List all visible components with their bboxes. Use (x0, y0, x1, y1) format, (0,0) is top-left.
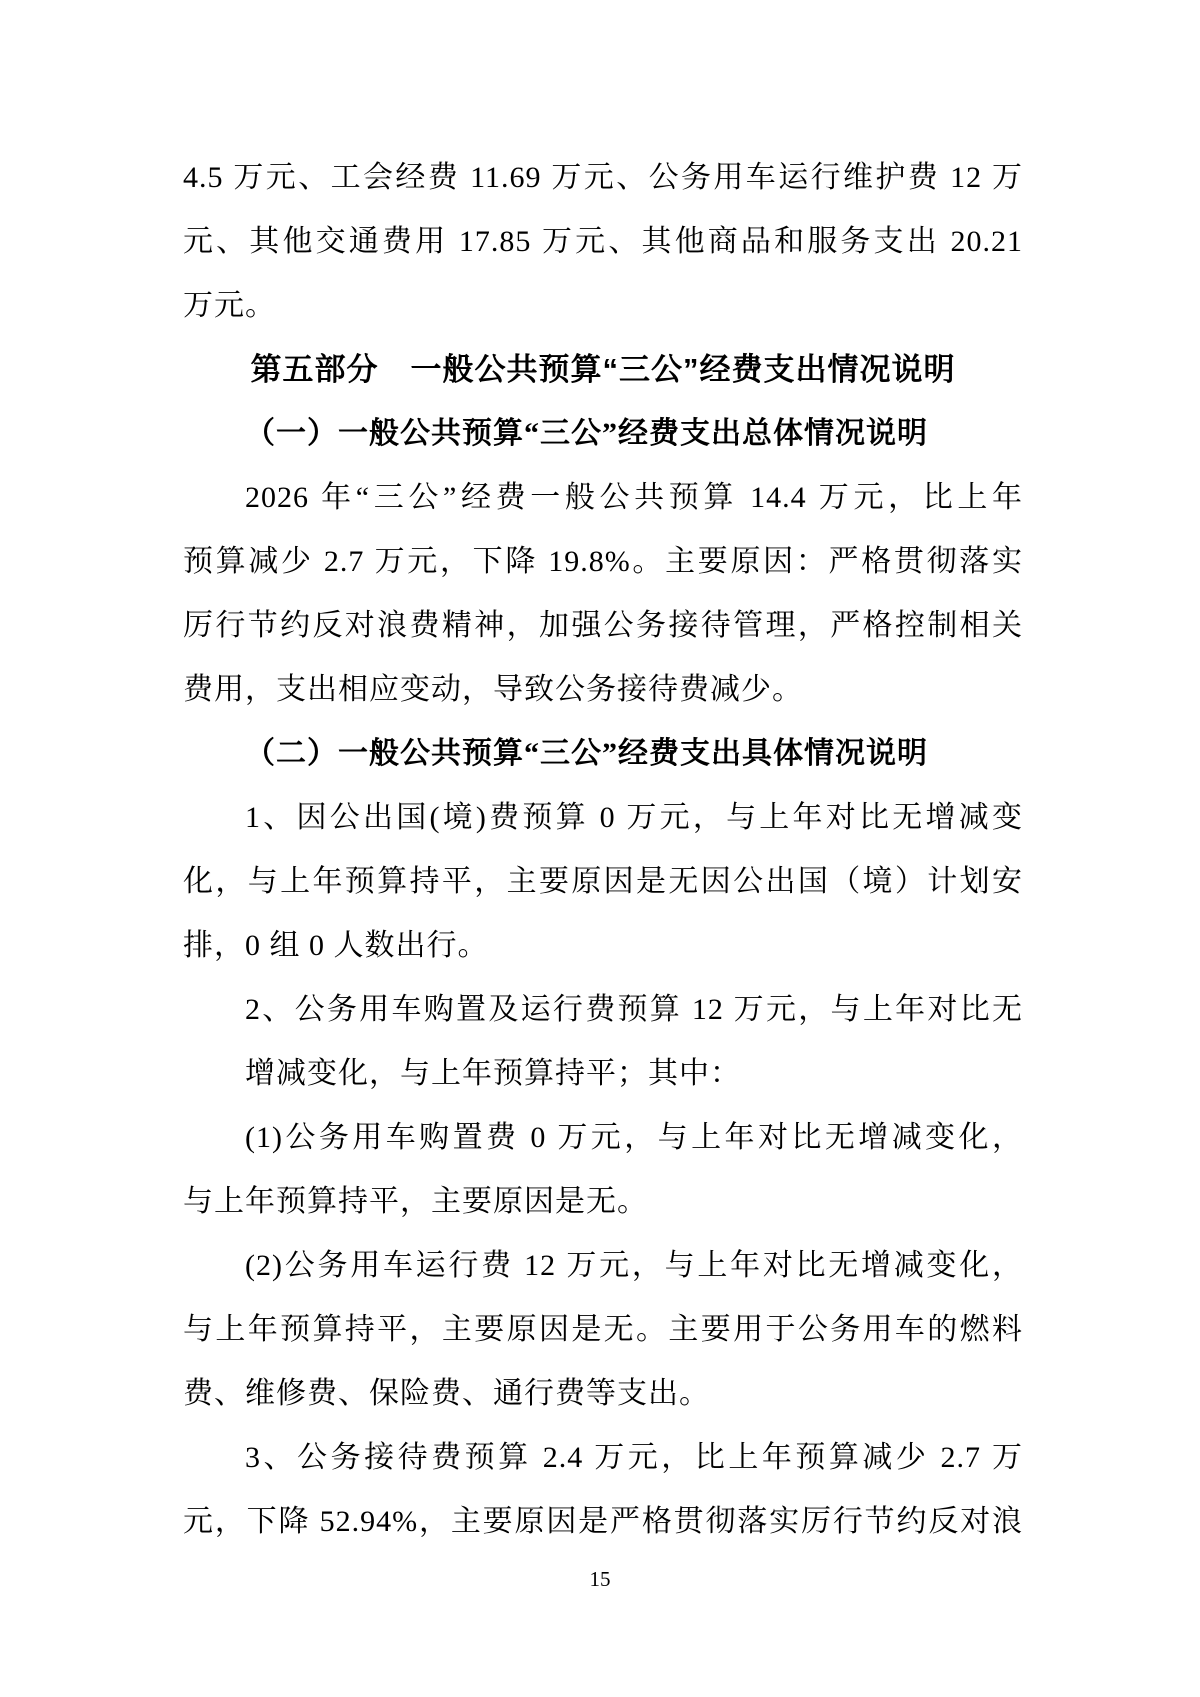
body-line: 3、公务接待费预算 2.4 万元，比上年预算减少 2.7 万 (183, 1426, 1023, 1490)
body-line: 费用，支出相应变动，导致公务接待费减少。 (183, 658, 1023, 722)
body-line: 元，下降 52.94%，主要原因是严格贯彻落实厉行节约反对浪 (183, 1490, 1023, 1554)
body-line: 元、其他交通费用 17.85 万元、其他商品和服务支出 20.21 (183, 210, 1023, 274)
body-line: 与上年预算持平，主要原因是无。 (183, 1170, 1023, 1234)
body-line: 化，与上年预算持平，主要原因是无因公出国（境）计划安 (183, 850, 1023, 914)
body-line: 排，0 组 0 人数出行。 (183, 914, 1023, 978)
section-heading: 第五部分 一般公共预算“三公”经费支出情况说明 (183, 338, 1023, 402)
body-line: (1)公务用车购置费 0 万元，与上年对比无增减变化， (183, 1106, 1023, 1170)
body-line: 费、维修费、保险费、通行费等支出。 (183, 1362, 1023, 1426)
body-line: 2、公务用车购置及运行费预算 12 万元，与上年对比无 (183, 978, 1023, 1042)
body-line: (2)公务用车运行费 12 万元，与上年对比无增减变化， (183, 1234, 1023, 1298)
body-line: 2026 年“三公”经费一般公共预算 14.4 万元，比上年 (183, 466, 1023, 530)
subsection-heading: （二）一般公共预算“三公”经费支出具体情况说明 (183, 722, 1023, 786)
body-line: 与上年预算持平，主要原因是无。主要用于公务用车的燃料 (183, 1298, 1023, 1362)
document-page: 4.5 万元、工会经费 11.69 万元、公务用车运行维护费 12 万 元、其他… (0, 0, 1200, 1697)
page-number: 15 (0, 1564, 1200, 1594)
document-body: 4.5 万元、工会经费 11.69 万元、公务用车运行维护费 12 万 元、其他… (183, 146, 1023, 1554)
body-line: 万元。 (183, 274, 1023, 338)
body-line: 预算减少 2.7 万元，下降 19.8%。主要原因：严格贯彻落实 (183, 530, 1023, 594)
subsection-heading: （一）一般公共预算“三公”经费支出总体情况说明 (183, 402, 1023, 466)
body-line: 增减变化，与上年预算持平；其中： (183, 1042, 1023, 1106)
body-line: 厉行节约反对浪费精神，加强公务接待管理，严格控制相关 (183, 594, 1023, 658)
body-line: 4.5 万元、工会经费 11.69 万元、公务用车运行维护费 12 万 (183, 146, 1023, 210)
body-line: 1、因公出国(境)费预算 0 万元，与上年对比无增减变 (183, 786, 1023, 850)
